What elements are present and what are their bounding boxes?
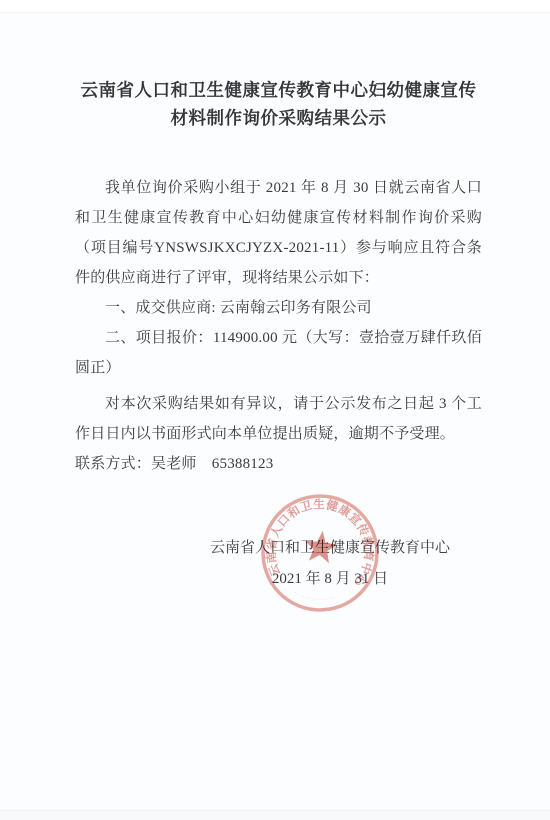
seal-serial: ·············· (292, 591, 336, 606)
paragraph-intro: 我单位询价采购小组于 2021 年 8 月 30 日就云南省人口和卫生健康宣传教… (75, 173, 482, 293)
document-page: 云南省人口和卫生健康宣传教育中心妇幼健康宣传材料制作询价采购结果公示 我单位询价… (0, 0, 550, 820)
scan-artifact-bottom (0, 810, 550, 820)
document-title: 云南省人口和卫生健康宣传教育中心妇幼健康宣传材料制作询价采购结果公示 (75, 76, 482, 132)
paragraph-price: 二、项目报价：114900.00 元（大写：壹拾壹万肆仟玖佰圆正） (75, 323, 482, 383)
paragraph-contact: 联系方式：吴老师 65388123 (75, 449, 482, 479)
seal-graphic: 云南省人口和卫生健康宣传教育中心 ·············· (252, 484, 388, 622)
paragraph-objection: 对本次采购结果如有异议，请于公示发布之日起 3 个工作日日内以书面形式向本单位提… (75, 389, 482, 449)
scan-artifact-top (0, 0, 550, 13)
document-body: 我单位询价采购小组于 2021 年 8 月 30 日就云南省人口和卫生健康宣传教… (75, 173, 482, 479)
seal-star-icon (303, 529, 340, 564)
official-seal-stamp: 云南省人口和卫生健康宣传教育中心 ·············· (252, 484, 388, 622)
paragraph-supplier: 一、成交供应商: 云南翰云印务有限公司 (75, 293, 482, 323)
